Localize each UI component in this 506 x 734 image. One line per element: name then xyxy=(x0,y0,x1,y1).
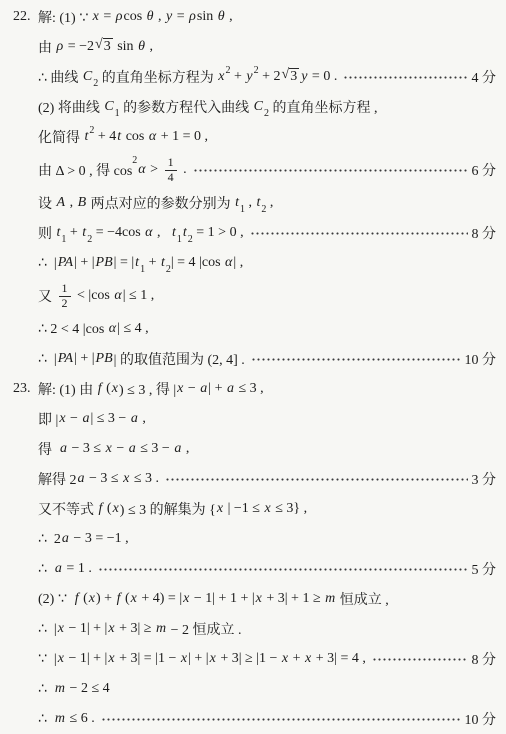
score-marker: 4 分 xyxy=(472,67,499,87)
text-segment: 则 xyxy=(38,223,56,243)
dotted-leader xyxy=(98,568,468,571)
math-segment: θ xyxy=(137,39,146,55)
text-segment: = −4cos xyxy=(92,225,144,241)
text-segment: − 1| + | xyxy=(65,651,107,667)
text-segment: − xyxy=(184,381,199,397)
text-segment: ∴ 2 xyxy=(38,531,61,548)
solution-line-16: 解得 2a − 3 ≤ x ≤ 3 .3 分 xyxy=(0,464,498,494)
text-segment: ∴ 曲线 xyxy=(38,67,82,87)
text-segment: + 4) = | xyxy=(138,591,182,607)
text-segment: = −2 xyxy=(64,39,94,55)
text-segment: ∴ xyxy=(38,681,54,698)
score-marker: 10 分 xyxy=(465,709,499,729)
solution-line-14: 即 |x − a| ≤ 3 − a , xyxy=(0,404,498,434)
text-segment: − xyxy=(113,441,128,457)
solution-line-24: ∴ m ≤ 6 .10 分 xyxy=(0,704,498,734)
math-segment: x xyxy=(182,591,190,607)
dotted-leader xyxy=(251,358,461,361)
solution-line-1: 22.解: (1) ∵ x = ρcos θ , y = ρsin θ , xyxy=(0,2,498,32)
text-segment: ≤ 3 , xyxy=(235,381,264,397)
text-segment: ≤ 3} , xyxy=(272,501,307,517)
text-segment: − 3 ≤ xyxy=(68,441,105,457)
math-segment: C xyxy=(82,69,93,85)
math-segment: m xyxy=(54,711,66,727)
fraction-denominator: 2 xyxy=(59,297,71,311)
solution-line-18: ∴ 2a − 3 = −1 , xyxy=(0,524,498,554)
math-segment: y xyxy=(300,69,308,85)
solution-line-17: 又不等式 f (x) ≤ 3 的解集为 {x | −1 ≤ x ≤ 3} , xyxy=(0,494,498,524)
solution-line-23: ∴ m − 2 ≤ 4 xyxy=(0,674,498,704)
text-segment: 又 xyxy=(38,286,56,306)
text-segment: | ≤ 4 , xyxy=(117,321,149,337)
text-segment: + 3| + 1 ≥ xyxy=(263,591,324,607)
math-segment: ρ xyxy=(56,39,65,55)
dotted-leader xyxy=(101,718,461,721)
math-segment: m xyxy=(155,621,167,637)
math-segment: a xyxy=(81,411,90,427)
solution-line-12: ∴ |PA| + |PB| 的取值范围为 (2, 4] .10 分 xyxy=(0,344,498,374)
text-segment: − 1| + | xyxy=(65,621,107,637)
math-segment: α xyxy=(113,288,122,304)
math-segment: x xyxy=(176,381,184,397)
fraction-numerator: 1 xyxy=(165,156,177,171)
text-segment: ∴ xyxy=(38,711,54,728)
math-segment: a xyxy=(226,381,235,397)
square-root: √3 xyxy=(95,38,113,56)
text-segment: − 1| + 1 + | xyxy=(190,591,254,607)
math-segment: α xyxy=(108,321,117,337)
math-segment: x xyxy=(255,591,263,607)
solution-line-3: ∴ 曲线 C2 的直角坐标方程为 x2 + y2 + 2√3y = 0 .4 分 xyxy=(0,62,498,92)
math-segment: x xyxy=(107,621,115,637)
score-marker: 6 分 xyxy=(472,160,499,180)
text-segment: sin xyxy=(114,39,137,55)
solution-line-22: ∵ |x − 1| + |x + 3| = |1 − x| + |x + 3| … xyxy=(0,644,498,674)
radicand: 3 xyxy=(289,68,299,86)
text-segment: , xyxy=(155,9,166,25)
math-segment: a xyxy=(128,441,137,457)
radical-sign: √ xyxy=(95,38,103,52)
math-segment: PB xyxy=(95,255,114,271)
text-segment: − xyxy=(67,411,82,427)
problem-number: 23. xyxy=(13,381,31,397)
math-segment: y xyxy=(245,69,253,85)
solution-line-21: ∴ |x − 1| + |x + 3| ≥ m − 2 恒成立 . xyxy=(0,614,498,644)
text-segment: = xyxy=(173,9,188,25)
text-segment: 恒成立 , xyxy=(336,589,389,609)
text-segment: 的参数方程代入曲线 xyxy=(120,97,253,117)
text-segment: | = 4 |cos xyxy=(171,255,224,271)
math-segment: x xyxy=(105,441,113,457)
solution-line-13: 23.解: (1) 由 f (x) ≤ 3 , 得 |x − a| + a ≤ … xyxy=(0,374,498,404)
text-segment: ( xyxy=(103,381,111,397)
math-segment: PA xyxy=(57,255,74,271)
math-segment: m xyxy=(54,681,66,697)
text-segment: cos xyxy=(122,129,148,145)
text-segment: < |cos xyxy=(74,288,114,304)
text-segment: 化简得 xyxy=(38,127,84,147)
math-segment: x xyxy=(304,651,312,667)
text-segment: 得 xyxy=(38,439,59,459)
math-segment: x xyxy=(281,651,289,667)
fraction: 14 xyxy=(165,156,177,185)
text-segment: (2) ∵ xyxy=(38,591,74,608)
text-segment: − 2 恒成立 . xyxy=(167,619,241,639)
math-segment: x xyxy=(112,501,120,517)
text-segment: ≤ 3 . xyxy=(130,471,159,487)
math-segment: ρ xyxy=(188,9,197,25)
math-segment: x xyxy=(122,471,130,487)
text-segment: | −1 ≤ xyxy=(224,501,263,517)
math-segment: a xyxy=(199,381,208,397)
text-segment: + 3| ≥ xyxy=(116,621,155,637)
math-segment: x xyxy=(130,591,138,607)
math-segment: x xyxy=(263,501,271,517)
dotted-leader xyxy=(372,658,468,661)
text-segment: + 1 = 0 , xyxy=(157,129,208,145)
text-segment: 由 Δ > 0 , 得 cos xyxy=(38,160,132,180)
solution-line-9: ∴ |PA| + |PB| = |t1 + t2| = 4 |cos α| , xyxy=(0,248,498,278)
problem-number: 22. xyxy=(13,9,31,25)
text-segment: ∴ 2 < 4 |cos xyxy=(38,321,108,338)
text-segment: | 的取值范围为 (2, 4] . xyxy=(114,349,245,369)
text-segment: + 3| ≥ |1 − xyxy=(217,651,281,667)
dotted-leader xyxy=(193,169,468,172)
text-segment: 解: (1) ∵ xyxy=(38,7,92,27)
solution-line-5: 化简得 t2 + 4t cos α + 1 = 0 , xyxy=(0,122,498,152)
math-segment: x xyxy=(57,621,65,637)
solution-line-15: 得 a − 3 ≤ x − a ≤ 3 − a , xyxy=(0,434,498,464)
text-segment: + 3| = 4 , xyxy=(312,651,366,667)
score-marker: 5 分 xyxy=(472,559,499,579)
math-segment: x xyxy=(57,651,65,667)
math-segment: A xyxy=(56,195,67,211)
dotted-leader xyxy=(165,478,468,481)
text-segment: | , xyxy=(233,255,243,271)
text-segment: ≤ 6 . xyxy=(66,711,95,727)
math-segment: x xyxy=(88,591,96,607)
text-segment: 的直角坐标方程 , xyxy=(269,97,378,117)
text-segment: | = | xyxy=(114,255,135,271)
text-segment: | + | xyxy=(74,351,95,367)
text-segment: ∴ xyxy=(38,561,54,578)
solution-line-4: (2) 将曲线 C1 的参数方程代入曲线 C2 的直角坐标方程 , xyxy=(0,92,498,122)
math-segment: x xyxy=(216,501,224,517)
solution-line-6: 由 Δ > 0 , 得 cos2α > 14 .6 分 xyxy=(0,152,498,188)
dotted-leader xyxy=(250,232,468,235)
math-segment: PB xyxy=(95,351,114,367)
text-segment: ) ≤ 3 , 得 | xyxy=(119,379,176,399)
text-segment: + 3| = |1 − xyxy=(116,651,180,667)
math-segment: m xyxy=(324,591,336,607)
text-segment: ) ≤ 3 的解集为 { xyxy=(120,499,216,519)
score-marker: 8 分 xyxy=(472,649,499,669)
text-segment: + xyxy=(145,255,160,271)
text-segment: | + | xyxy=(74,255,95,271)
text-segment: | + | xyxy=(188,651,209,667)
solution-line-10: 又 12 < |cos α| ≤ 1 , xyxy=(0,278,498,314)
text-segment: cos xyxy=(123,9,145,25)
text-segment: ≤ 3 − xyxy=(137,441,174,457)
solution-document: 22.解: (1) ∵ x = ρcos θ , y = ρsin θ ,由 ρ… xyxy=(0,2,498,734)
math-segment: x xyxy=(107,651,115,667)
text-segment: + xyxy=(289,651,304,667)
math-segment: y xyxy=(165,9,173,25)
fraction-numerator: 1 xyxy=(59,282,71,297)
text-segment: 设 xyxy=(38,193,56,213)
text-segment: 的直角坐标方程为 xyxy=(98,67,217,87)
text-segment: ∴ | xyxy=(38,621,57,638)
text-segment: , xyxy=(66,195,77,211)
math-segment: α xyxy=(224,255,233,271)
math-segment: PA xyxy=(57,351,74,367)
fraction: 12 xyxy=(59,282,71,311)
math-segment: B xyxy=(77,195,88,211)
score-marker: 8 分 xyxy=(472,223,499,243)
math-segment: x xyxy=(58,411,66,427)
text-segment: , xyxy=(146,39,153,55)
text-segment: , xyxy=(139,411,146,427)
solution-line-11: ∴ 2 < 4 |cos α| ≤ 4 , xyxy=(0,314,498,344)
solution-line-19: ∴ a = 1 .5 分 xyxy=(0,554,498,584)
text-segment: ( xyxy=(103,501,111,517)
text-segment: , xyxy=(182,441,189,457)
math-segment: ρ xyxy=(115,9,124,25)
text-segment: > xyxy=(147,162,162,178)
math-segment: x xyxy=(209,651,217,667)
text-segment: | ≤ 3 − xyxy=(90,411,129,427)
text-segment: . xyxy=(180,162,187,178)
document-page: 22.解: (1) ∵ x = ρcos θ , y = ρsin θ ,由 ρ… xyxy=(0,0,506,734)
text-segment: + xyxy=(66,225,81,241)
math-segment: x xyxy=(180,651,188,667)
math-segment: a xyxy=(54,561,63,577)
text-segment: , xyxy=(266,195,273,211)
text-segment: (2) 将曲线 xyxy=(38,97,103,117)
math-segment: x xyxy=(217,69,225,85)
text-segment: 两点对应的参数分别为 xyxy=(87,193,234,213)
text-segment: sin xyxy=(197,9,217,25)
math-segment: α xyxy=(148,129,157,145)
solution-line-7: 设 A , B 两点对应的参数分别为 t1 , t2 , xyxy=(0,188,498,218)
text-segment: 解得 2 xyxy=(38,469,77,489)
text-segment: | ≤ 1 , xyxy=(123,288,155,304)
math-segment: α xyxy=(137,162,146,178)
math-segment: a xyxy=(77,471,86,487)
text-segment: = 0 . xyxy=(308,69,337,85)
math-segment: C xyxy=(253,99,264,115)
math-segment: x xyxy=(111,381,119,397)
text-segment: ∵ | xyxy=(38,651,57,668)
text-segment: 解: (1) 由 xyxy=(38,379,97,399)
text-segment: + xyxy=(230,69,245,85)
math-segment: a xyxy=(59,441,68,457)
radicand: 3 xyxy=(103,38,113,56)
solution-line-2: 由 ρ = −2√3 sin θ , xyxy=(0,32,498,62)
math-segment: θ xyxy=(217,9,226,25)
text-segment: , xyxy=(226,9,233,25)
text-segment: ∴ | xyxy=(38,351,57,368)
text-segment: , xyxy=(154,225,172,241)
math-segment: x xyxy=(92,9,100,25)
text-segment: 又不等式 xyxy=(38,499,98,519)
square-root: √3 xyxy=(282,68,300,86)
solution-line-20: (2) ∵ f (x) + f (x + 4) = |x − 1| + 1 + … xyxy=(0,584,498,614)
math-segment: α xyxy=(144,225,153,241)
solution-line-8: 则 t1 + t2 = −4cos α , t1t2 = 1 > 0 ,8 分 xyxy=(0,218,498,248)
text-segment: ∴ | xyxy=(38,255,57,272)
math-segment: C xyxy=(103,99,114,115)
text-segment: = 1 > 0 , xyxy=(193,225,244,241)
dotted-leader xyxy=(343,76,467,79)
radical-sign: √ xyxy=(282,68,290,82)
fraction-denominator: 4 xyxy=(165,171,177,185)
text-segment: − 2 ≤ 4 xyxy=(66,681,110,697)
score-marker: 3 分 xyxy=(472,469,499,489)
text-segment: + 2 xyxy=(259,69,281,85)
text-segment: ( xyxy=(121,591,129,607)
text-segment: , xyxy=(245,195,256,211)
text-segment: + 4 xyxy=(94,129,116,145)
text-segment: = 1 . xyxy=(63,561,92,577)
text-segment: = xyxy=(100,9,115,25)
math-segment: a xyxy=(173,441,182,457)
text-segment: 即 | xyxy=(38,409,58,429)
text-segment: ) + xyxy=(96,591,116,607)
math-segment: a xyxy=(61,531,70,547)
score-marker: 10 分 xyxy=(465,349,499,369)
text-segment: − 3 ≤ xyxy=(86,471,123,487)
math-segment: a xyxy=(130,411,139,427)
text-segment: 由 xyxy=(38,37,56,57)
text-segment: − 3 = −1 , xyxy=(70,531,129,547)
text-segment: ( xyxy=(80,591,88,607)
math-segment: θ xyxy=(146,9,155,25)
text-segment: | + xyxy=(208,381,226,397)
